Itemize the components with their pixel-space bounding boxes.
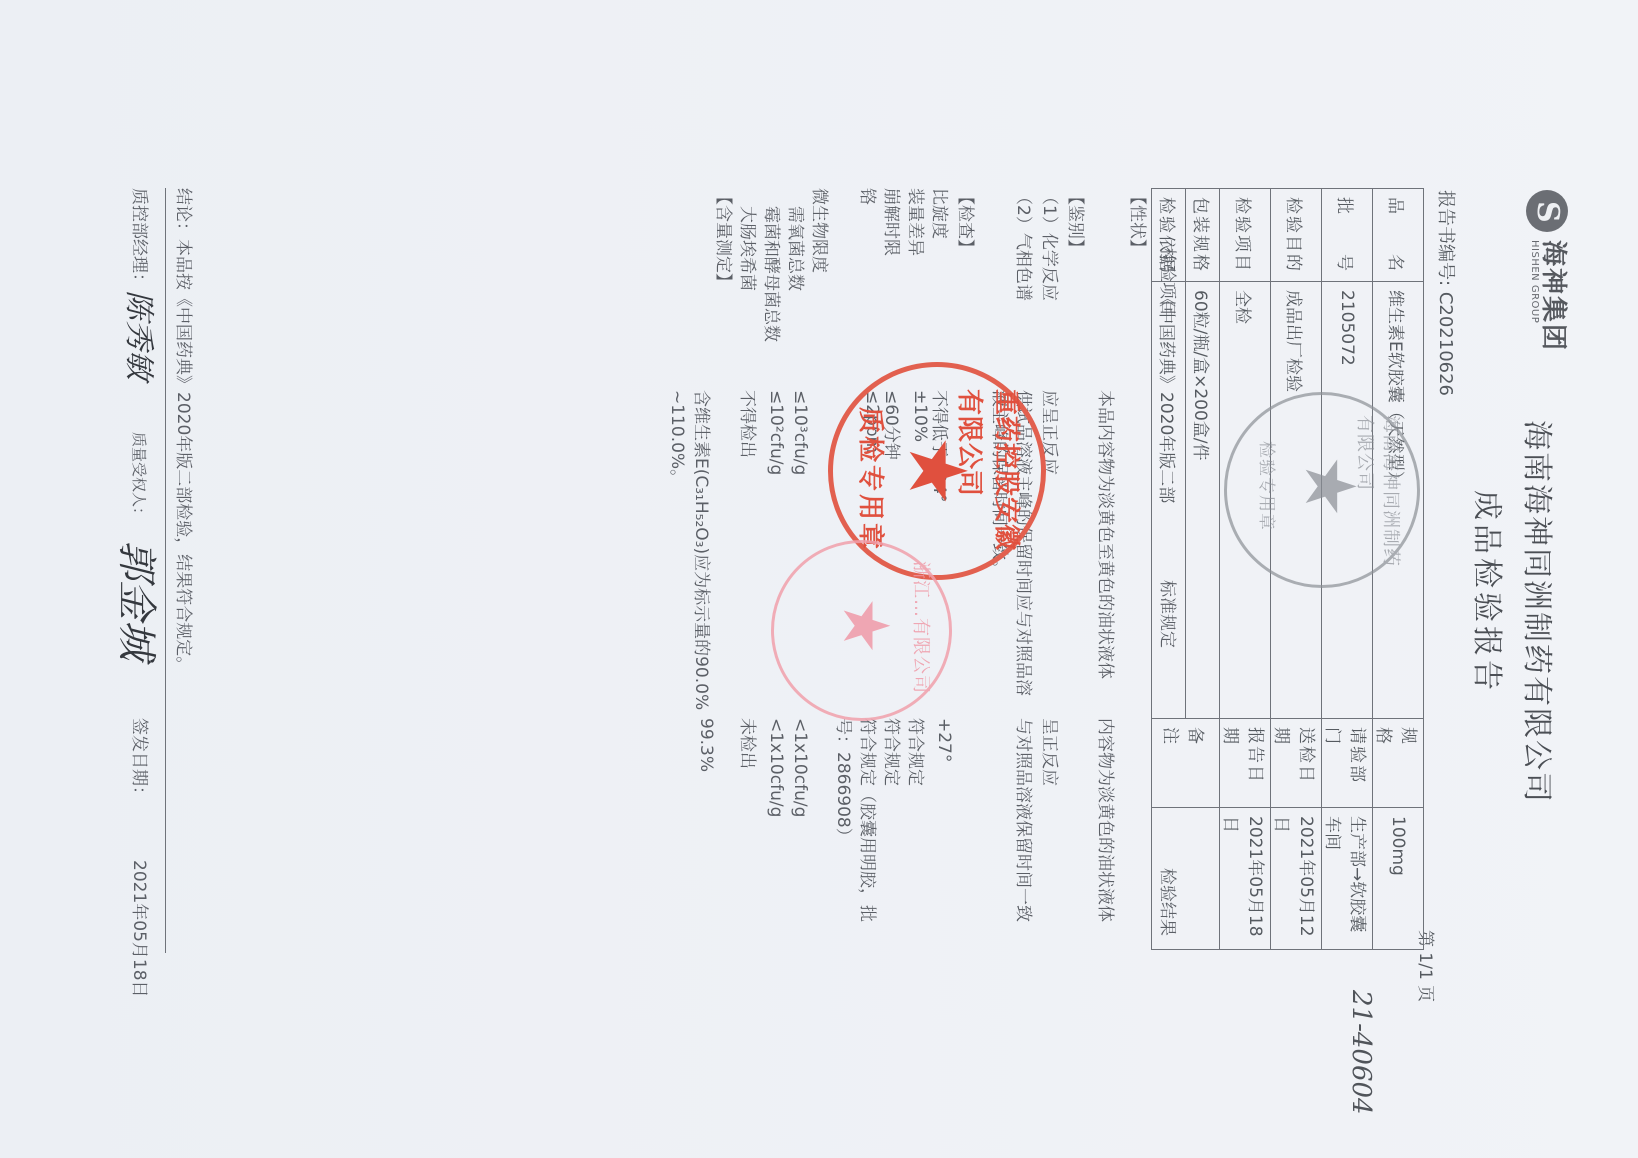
qc-manager-label: 质控部经理： (129, 188, 154, 290)
microbial-standard: ≤10²cfu/g (766, 390, 786, 475)
inspection-result: +27° (934, 718, 954, 762)
inspection-result-cont: 号：2866908） (833, 718, 858, 845)
report-number-label: 报告书编号: (1435, 190, 1456, 286)
table-row: 检验项目 全检 报告日期 2021年05月18日 (1220, 189, 1271, 950)
issue-date-label: 签发日期： (129, 718, 154, 803)
appearance-standard: 本品内容物为淡黄色至黄色的油状液体 (1095, 390, 1120, 679)
handwritten-note: 21-40604 (1346, 990, 1376, 1115)
section-inspection: 【检查】 (955, 188, 980, 256)
gray-inspection-stamp: 海南海神同洲制药有限公司 ★ 检验专用章 (1224, 392, 1420, 588)
section-identification: 【鉴别】 (1065, 188, 1090, 256)
identification-item: （2）气相色谱 (1013, 188, 1038, 301)
microbial-item: 霉菌和酵母菌总数 (761, 206, 786, 342)
cell-value: 生产部→软胶囊车间 (1322, 808, 1373, 950)
section-assay: 【含量测定】 (713, 188, 738, 290)
inspection-report-page: 海神集团 HISHEN GROUP 海南海神同洲制药有限公司 成品检验报告 报告… (0, 0, 1638, 1158)
logo-cn: 海神集团 (1539, 240, 1566, 352)
inspection-item: 铬 (857, 188, 882, 205)
cell-value: 2021年05月18日 (1220, 808, 1271, 950)
cell-value: 100mg (1373, 808, 1424, 950)
report-number: 报告书编号: C20210626 (1434, 190, 1460, 396)
microbial-title: 微生物限度 (809, 188, 834, 273)
identification-result: 与对照品溶液保留时间一致 (1013, 718, 1038, 922)
document-title: 成品检验报告 (1468, 490, 1512, 694)
header-item: 检验项目 (1157, 248, 1182, 316)
star-icon: ★ (897, 435, 977, 507)
cell-label: 备 注 (1152, 719, 1220, 808)
stamp-text: 检验专用章 (1256, 441, 1281, 531)
conclusion-text: 结论：本品按《中国药典》2020年版二部检验，结果符合规定。 (173, 188, 198, 673)
cell-label: 请验部门 (1322, 719, 1373, 808)
qa-signature: 郭金城 (111, 540, 168, 660)
star-icon: ★ (1295, 455, 1365, 518)
identification-item: （1）化学反应 (1039, 188, 1064, 301)
microbial-standard: ≤10³cfu/g (790, 390, 810, 475)
microbial-result: <1x10cfu/g (766, 718, 786, 817)
table-row: 包装规格 60粒/瓶/盒×200盒/件 备 注 (1186, 189, 1220, 950)
inspection-result: 符合规定 (881, 718, 906, 786)
qa-label: 质量受权人： (129, 432, 150, 522)
inspection-item: 崩解时限 (881, 188, 906, 256)
inspection-item: 装量差异 (905, 188, 930, 256)
company-name: 海南海神同洲制药有限公司 (1518, 420, 1562, 804)
qc-manager-signature: 陈秀敏 (120, 290, 164, 380)
cell-label: 报告日期 (1220, 719, 1271, 808)
inspection-item: 比旋度 (929, 188, 954, 239)
cell-label: 包装规格 (1186, 189, 1220, 282)
microbial-standard: 不得检出 (737, 390, 762, 458)
cell-label: 检验项目 (1220, 189, 1271, 282)
company-logo: 海神集团 HISHEN GROUP (1526, 190, 1568, 352)
microbial-item: 需氧菌总数 (785, 206, 810, 291)
header-result: 检验结果 (1157, 868, 1182, 936)
cell-label: 批 号 (1322, 189, 1373, 282)
stamp-text: 质检专用章 (854, 407, 891, 552)
cell-label: 规 格 (1373, 719, 1424, 808)
assay-result: 99.3% (696, 718, 716, 772)
appearance-result: 内容物为淡黄色的油状液体 (1095, 718, 1120, 922)
cell-label: 检验目的 (1271, 189, 1322, 282)
cell-value: 60粒/瓶/盒×200盒/件 (1186, 282, 1220, 719)
logo-en: HISHEN GROUP (1528, 240, 1539, 352)
issue-date: 2021年05月18日 (129, 860, 154, 998)
hishen-logo-icon (1526, 190, 1568, 232)
microbial-result: <1x10cfu/g (790, 718, 810, 817)
assay-standard: 含维生素E(C₃₁H₅₂O₃)应为标示量的90.0% (691, 390, 716, 710)
star-icon: ★ (833, 597, 897, 654)
microbial-item: 大肠埃希菌 (737, 206, 762, 291)
pink-company-stamp: 浙江…有限公司 ★ (771, 540, 952, 721)
assay-standard-cont: ~110.0%。 (667, 390, 692, 486)
microbial-result: 未检出 (737, 718, 762, 769)
cell-value: 2021年05月12日 (1271, 808, 1322, 950)
inspection-result: 符合规定 (905, 718, 930, 786)
header-standard: 标准规定 (1157, 580, 1182, 648)
report-number-value: C20210626 (1435, 292, 1456, 396)
identification-result: 呈正反应 (1039, 718, 1064, 786)
cell-label: 送检日期 (1271, 719, 1322, 808)
section-appearance: 【性状】 (1127, 188, 1152, 256)
inspection-result: 符合规定（胶囊用明胶，批 (857, 718, 882, 922)
cell-label: 品 名 (1373, 189, 1424, 282)
stamp-text: 浙江…有限公司 (909, 561, 935, 694)
cell-value: 《中国药典》2020年版二部 (1152, 282, 1186, 719)
